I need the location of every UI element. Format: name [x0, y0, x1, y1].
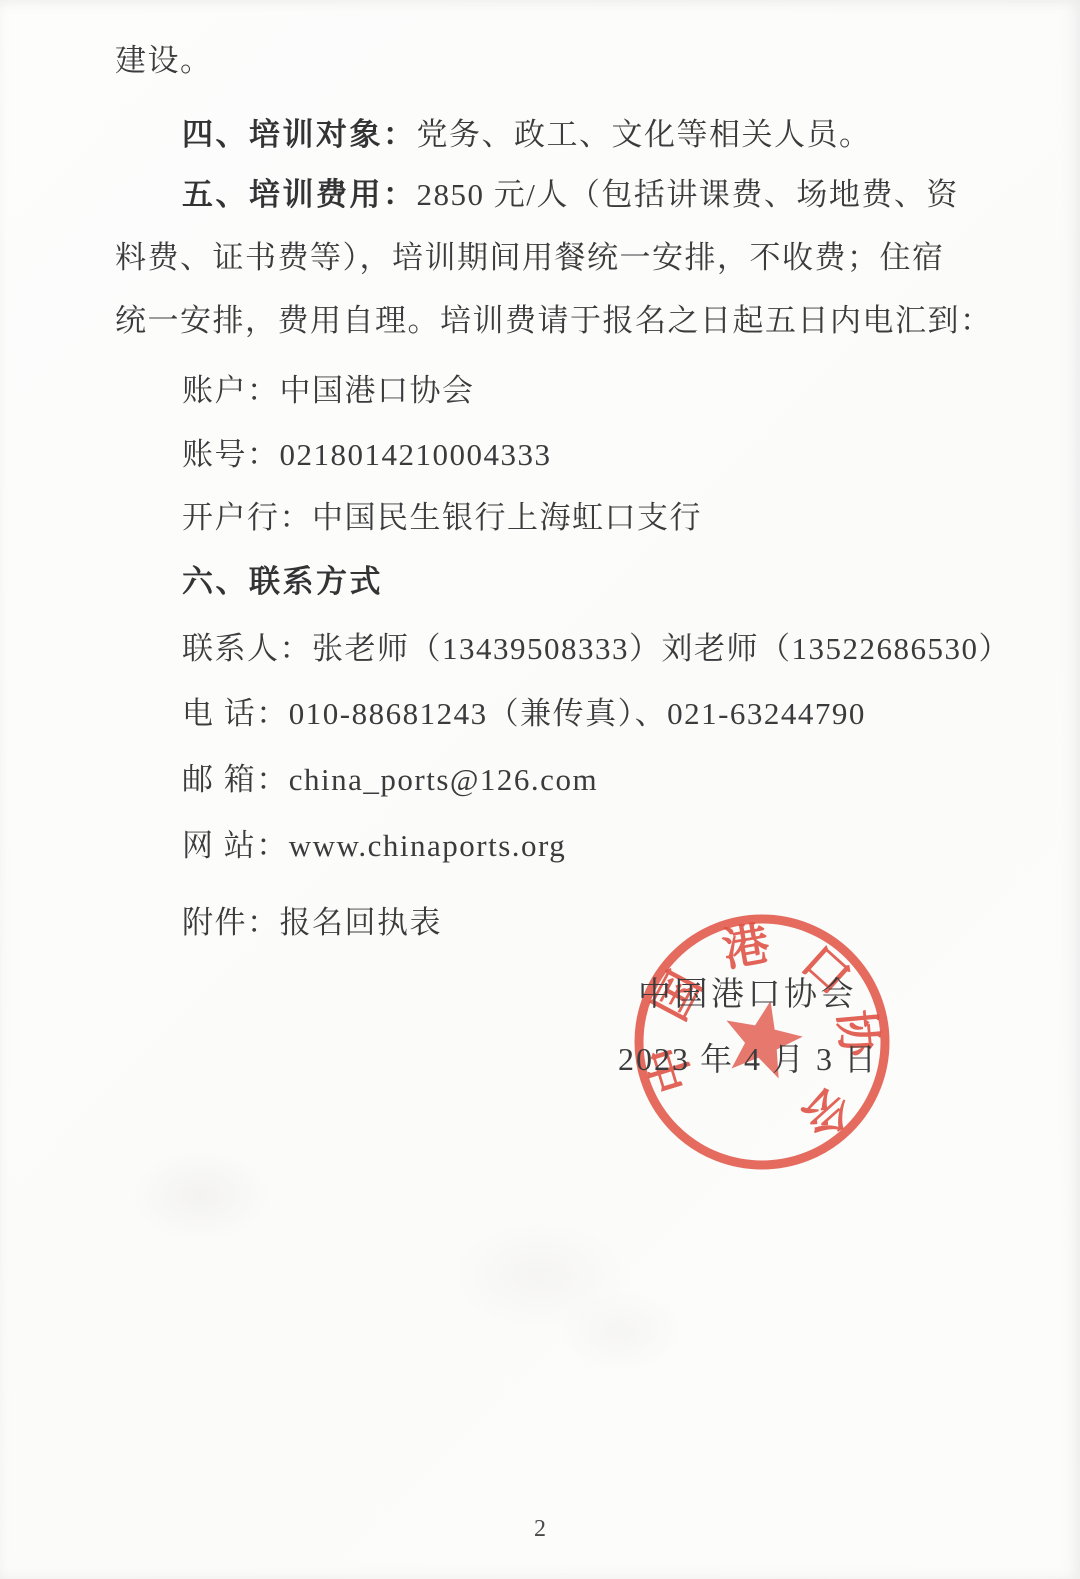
bank-account-name-line: 账户：中国港口协会 [182, 373, 475, 409]
email-line: 邮 箱：china_ports@126.com [182, 762, 598, 798]
line-text: 附件：报名回执表 [182, 905, 442, 940]
paragraph-line: 六、联系方式 [182, 564, 383, 600]
paragraph-line: 四、培训对象：党务、政工、文化等相关人员。 [182, 117, 872, 153]
scan-smudge [450, 1220, 630, 1330]
paragraph-line: 五、培训费用：2850 元/人（包括讲课费、场地费、资 [182, 177, 959, 213]
line-text: 账户：中国港口协会 [182, 373, 475, 408]
paragraph-line: 建设。 [115, 43, 213, 79]
website-line: 网 站：www.chinaports.org [182, 828, 566, 864]
scan-smudge [130, 1150, 270, 1240]
section-heading: 六、联系方式 [182, 564, 383, 599]
contact-person-line: 联系人：张老师（13439508333）刘老师（13522686530） [182, 631, 1011, 667]
bank-branch-line: 开户行：中国民生银行上海虹口支行 [182, 500, 702, 536]
page-number: 2 [0, 1516, 1080, 1543]
line-text: 联系人：张老师（13439508333）刘老师（13522686530） [182, 631, 1011, 666]
section-heading: 四、培训对象： [182, 117, 417, 152]
seal-char: 会 [792, 1078, 860, 1147]
section-heading: 五、培训费用： [182, 177, 417, 212]
line-text: 开户行：中国民生银行上海虹口支行 [182, 500, 702, 535]
line-text: 党务、政工、文化等相关人员。 [417, 117, 872, 152]
paragraph-line: 料费、证书费等），培训期间用餐统一安排，不收费；住宿 [115, 240, 945, 276]
signature-organization: 中国港口协会 [638, 968, 857, 1015]
paragraph-line: 统一安排，费用自理。培训费请于报名之日起五日内电汇到： [115, 303, 993, 339]
attachment-line: 附件：报名回执表 [182, 905, 442, 941]
line-text: 统一安排，费用自理。培训费请于报名之日起五日内电汇到： [115, 303, 993, 338]
scan-smudge [560, 1290, 680, 1370]
line-text: 料费、证书费等），培训期间用餐统一安排，不收费；住宿 [115, 240, 945, 275]
phone-line: 电 话：010-88681243（兼传真）、021-63244790 [182, 696, 866, 732]
line-text: 账号：0218014210004333 [182, 437, 552, 472]
line-text: 电 话：010-88681243（兼传真）、021-63244790 [182, 696, 866, 731]
line-text: 建设。 [115, 43, 213, 78]
signature-date: 2023 年 4 月 3 日 [618, 1034, 878, 1080]
line-text: 邮 箱：china_ports@126.com [182, 762, 598, 797]
line-text: 网 站：www.chinaports.org [182, 828, 566, 863]
bank-account-number-line: 账号：0218014210004333 [182, 437, 552, 473]
document-page: 建设。 四、培训对象：党务、政工、文化等相关人员。 五、培训费用：2850 元/… [0, 0, 1080, 1579]
line-text: 2850 元/人（包括讲课费、场地费、资 [417, 177, 959, 212]
